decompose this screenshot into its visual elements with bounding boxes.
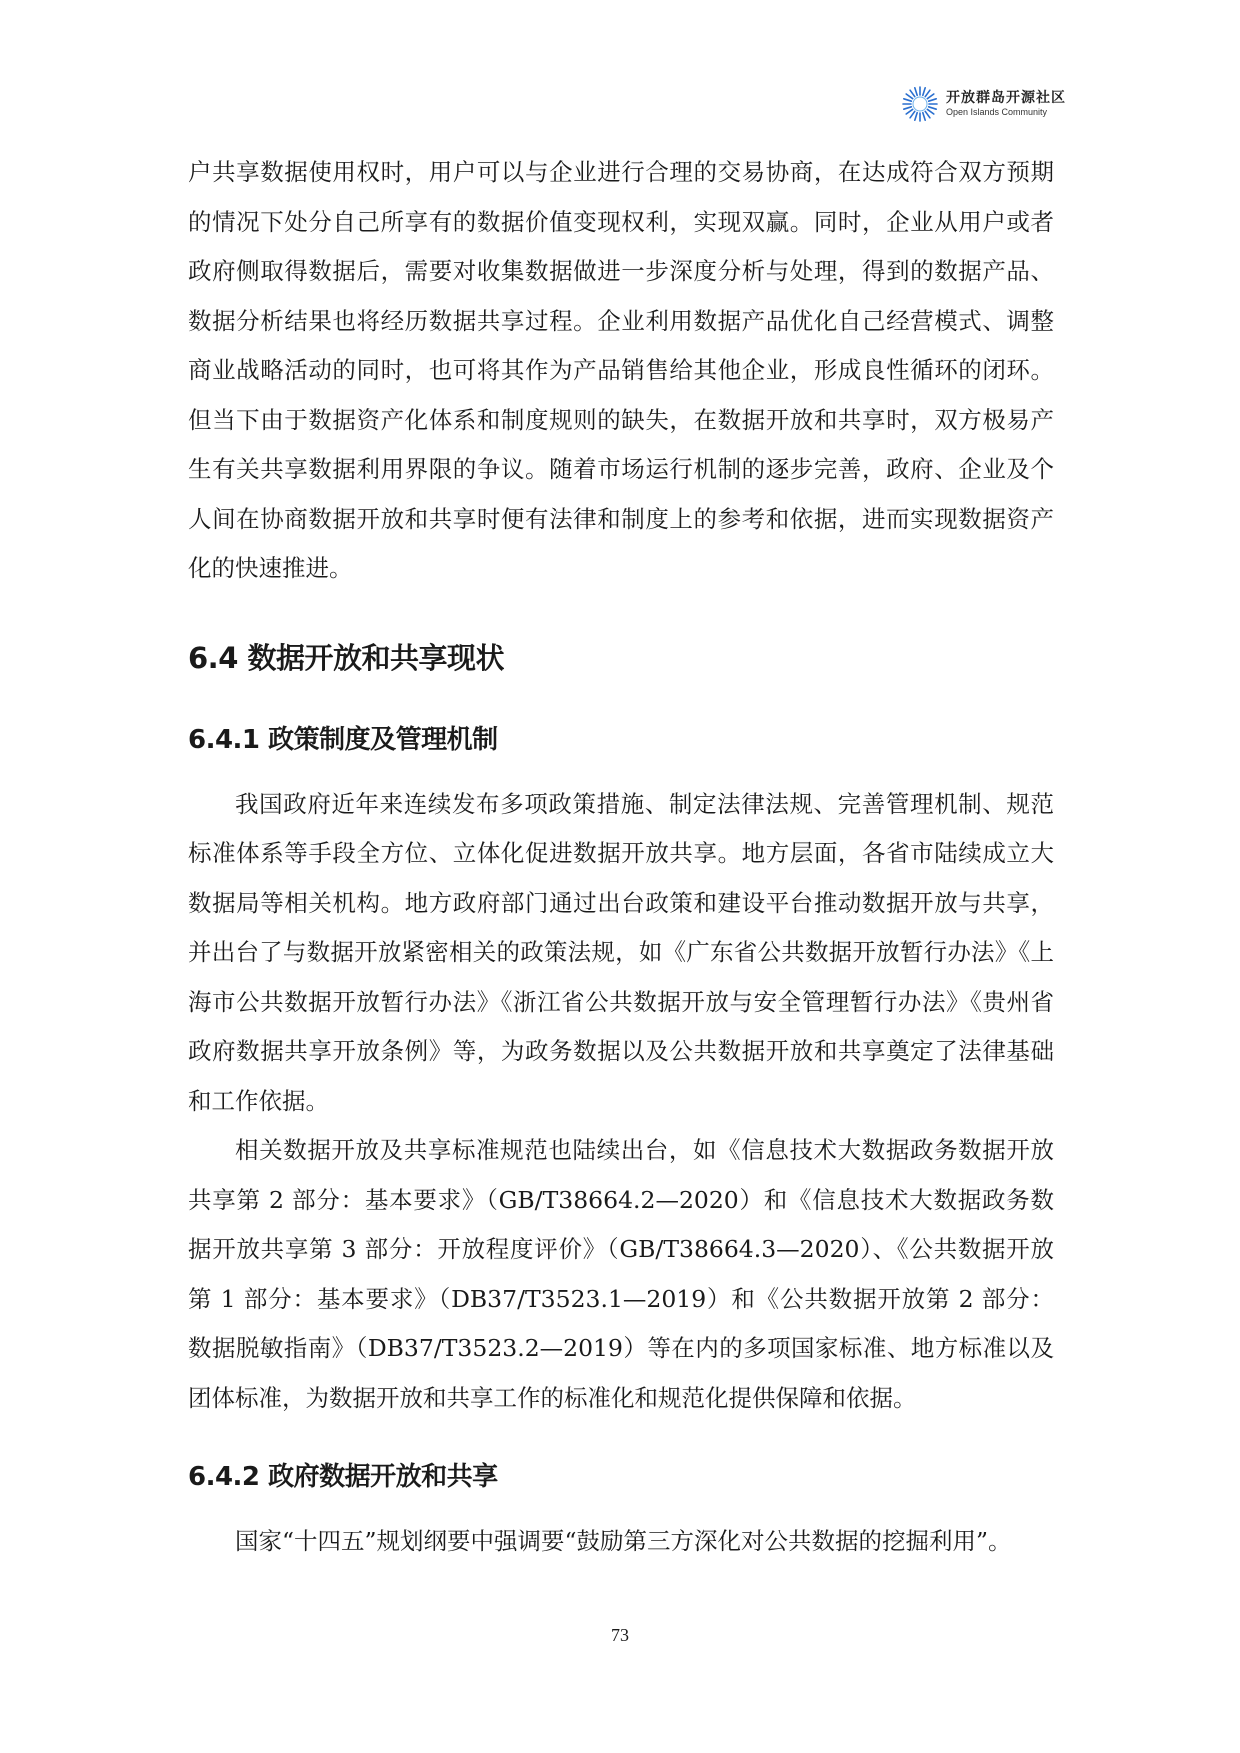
section-heading-6-4: 6.4 数据开放和共享现状: [188, 638, 1054, 678]
paragraph-government-data: 国家“十四五”规划纲要中强调要“鼓励第三方深化对公共数据的挖掘利用”。: [188, 1517, 1054, 1567]
paragraph-policy: 我国政府近年来连续发布多项政策措施、制定法律法规、完善管理机制、规范标准体系等手…: [188, 780, 1054, 1127]
logo-title-cn: 开放群岛开源社区: [946, 91, 1066, 105]
community-logo: 开放群岛开源社区 Open Islands Community: [900, 84, 1066, 124]
paragraph-standards: 相关数据开放及共享标准规范也陆续出台，如《信息技术大数据政务数据开放共享第 2 …: [188, 1126, 1054, 1423]
sunburst-ring-logo-icon: [900, 84, 940, 124]
subsection-heading-6-4-1: 6.4.1 政策制度及管理机制: [188, 722, 1054, 758]
subsection-heading-6-4-2: 6.4.2 政府数据开放和共享: [188, 1459, 1054, 1495]
page-number: 73: [0, 1625, 1240, 1646]
logo-title-en: Open Islands Community: [946, 108, 1066, 117]
page-content: 户共享数据使用权时，用户可以与企业进行合理的交易协商，在达成符合双方预期的情况下…: [188, 148, 1054, 1567]
paragraph-continued: 户共享数据使用权时，用户可以与企业进行合理的交易协商，在达成符合双方预期的情况下…: [188, 148, 1054, 594]
